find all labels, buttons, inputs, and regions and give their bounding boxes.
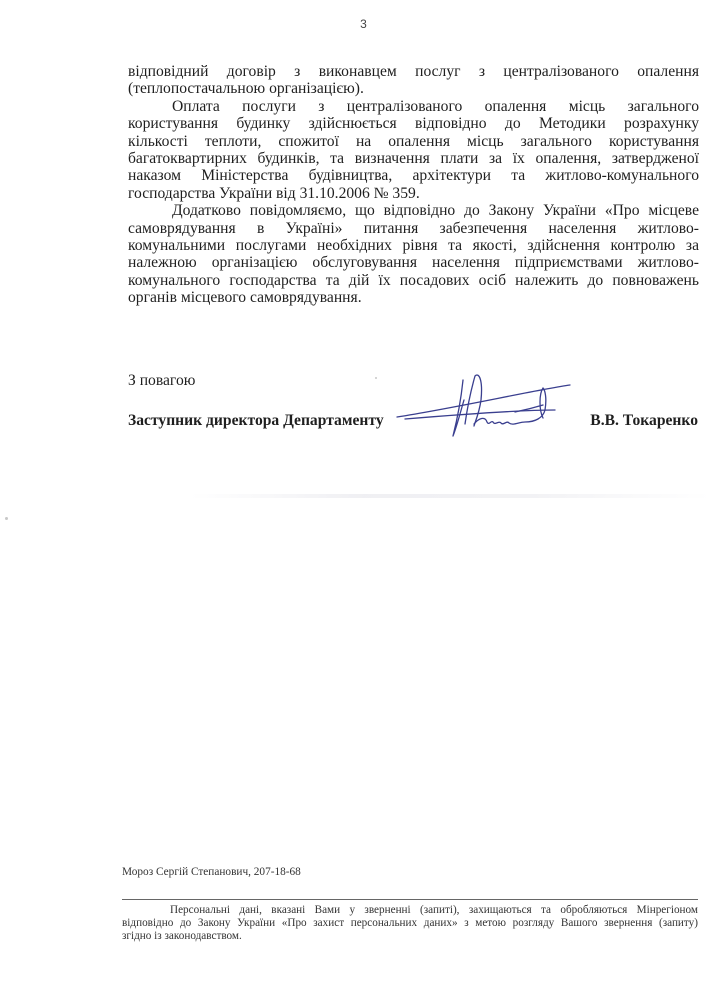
text-line: комунальними послугами необхідних рівня … bbox=[128, 237, 699, 254]
text-line: самоврядування в Україні» питання забезп… bbox=[128, 220, 699, 237]
paragraph-law-reference: Додатково повідомляємо, що відповідно до… bbox=[128, 202, 699, 306]
privacy-note: Персональні дані, вказані Вами у звернен… bbox=[122, 904, 698, 944]
scan-speck bbox=[375, 377, 377, 379]
paragraph-payment: Оплата послуги з централізованого опален… bbox=[128, 98, 699, 202]
handwritten-signature-icon bbox=[395, 370, 595, 450]
text-line: Додатково повідомляємо, що відповідно до… bbox=[128, 202, 699, 219]
text-line: згідно із законодавством. bbox=[122, 930, 698, 943]
text-line: належною організацією обслуговування нас… bbox=[128, 254, 699, 271]
text-line: господарства України від 31.10.2006 № 35… bbox=[128, 185, 699, 202]
text-line: (теплопостачальною організацією). bbox=[128, 80, 699, 97]
text-line: органів місцевого самоврядування. bbox=[128, 289, 699, 306]
text-line: відповідний договір з виконавцем послуг … bbox=[128, 63, 699, 80]
text-line: відповідно до Закону України «Про захист… bbox=[122, 917, 698, 930]
text-line: наказом Міністерства будівництва, архіте… bbox=[128, 167, 699, 184]
closing-salutation: З повагою bbox=[128, 372, 195, 390]
footer-divider bbox=[122, 899, 698, 900]
text-line: багатоквартирних будинків, та визначення… bbox=[128, 150, 699, 167]
text-line: Персональні дані, вказані Вами у звернен… bbox=[122, 904, 698, 917]
text-line: користування будинку здійснюється відпов… bbox=[128, 115, 699, 132]
scan-artifact-line bbox=[190, 494, 710, 498]
signer-name: В.В. Токаренко bbox=[590, 412, 698, 430]
text-line: комунального господарства та дій їх поса… bbox=[128, 272, 699, 289]
letter-body: відповідний договір з виконавцем послуг … bbox=[128, 63, 699, 307]
signer-title: Заступник директора Департаменту bbox=[128, 412, 384, 430]
text-line: кількості теплоти, спожитої на опалення … bbox=[128, 133, 699, 150]
scan-speck bbox=[5, 517, 8, 520]
paragraph-contract: відповідний договір з виконавцем послуг … bbox=[128, 63, 699, 98]
executor-contact: Мороз Сергій Степанович, 207-18-68 bbox=[122, 866, 301, 878]
page-number: 3 bbox=[0, 17, 727, 31]
text-line: Оплата послуги з централізованого опален… bbox=[128, 98, 699, 115]
